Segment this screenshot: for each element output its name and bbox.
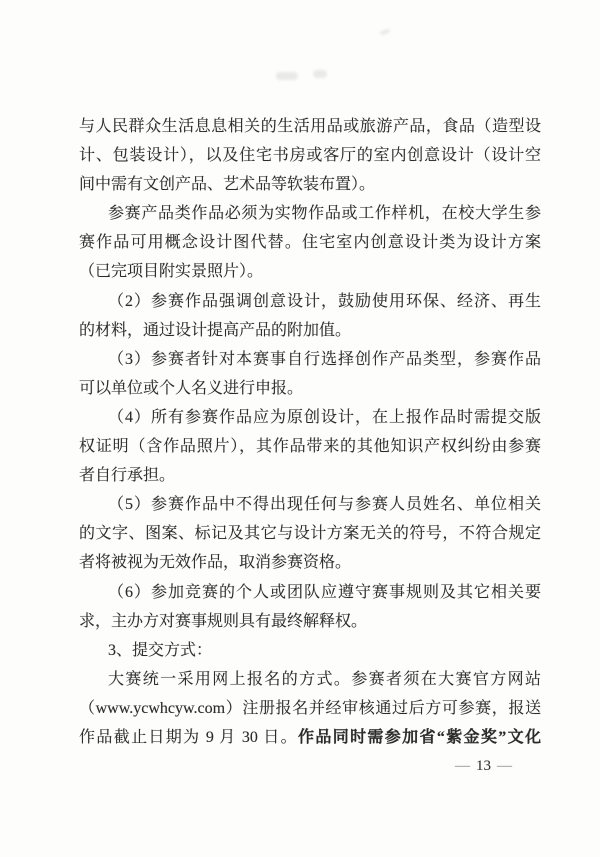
text-line: 者自行承担。: [79, 461, 541, 490]
footer-dash-left: —: [449, 758, 476, 774]
text-line: （3）参赛者针对本赛事自行选择创作产品类型，参赛作品: [79, 345, 541, 374]
text-line: （6）参加竞赛的个人或团队应遵守赛事规则及其它相关要: [79, 578, 541, 607]
text-line: 大赛统一采用网上报名的方式。参赛者须在大赛官方网站: [79, 665, 541, 694]
text-line: （4）所有参赛作品应为原创设计，在上报作品时需提交版: [79, 403, 541, 432]
text-line: 作品截止日期为 9 月 30 日。作品同时需参加省“紫金奖”文化: [79, 723, 541, 752]
text-run-bold: 作品同时需参加省“紫金奖”文化: [298, 729, 541, 746]
section-heading: 3、提交方式：: [79, 636, 541, 665]
document-page: 与人民群众生活息息相关的生活用品或旅游产品，食品（造型设 计、包装设计），以及住…: [0, 0, 600, 857]
text-line: 赛作品可用概念设计图代替。住宅室内创意设计类为设计方案: [79, 228, 541, 257]
text-line: 权证明（含作品照片），其作品带来的其他知识产权纠纷由参赛: [79, 432, 541, 461]
text-line: 计、包装设计），以及住宅书房或客厅的室内创意设计（设计空: [79, 141, 541, 170]
scan-artifact: [276, 72, 298, 80]
text-line: 的材料，通过设计提高产品的附加值。: [79, 316, 541, 345]
text-line: 参赛产品类作品必须为实物作品或工作样机，在校大学生参: [79, 199, 541, 228]
body-text: 与人民群众生活息息相关的生活用品或旅游产品，食品（造型设 计、包装设计），以及住…: [79, 112, 541, 752]
page-number: 13: [476, 758, 491, 774]
text-run: 作品截止日期为 9 月 30 日。: [79, 729, 298, 746]
text-line: 间中需有文创产品、艺术品等软装布置）。: [79, 170, 541, 199]
page-footer: —13—: [449, 755, 518, 777]
footer-dash-right: —: [491, 758, 518, 774]
text-line: 求，主办方对赛事规则具有最终解释权。: [79, 607, 541, 636]
text-line: 与人民群众生活息息相关的生活用品或旅游产品，食品（造型设: [79, 112, 541, 141]
text-line: 者将被视为无效作品，取消参赛资格。: [79, 548, 541, 577]
text-line: （5）参赛作品中不得出现任何与参赛人员姓名、单位相关: [79, 490, 541, 519]
text-line: 可以单位或个人名义进行申报。: [79, 374, 541, 403]
text-line: （www.ycwhcyw.com）注册报名并经审核通过后方可参赛，报送: [79, 694, 541, 723]
text-line: （2）参赛作品强调创意设计，鼓励使用环保、经济、再生: [79, 287, 541, 316]
text-line: （已完项目附实景照片）。: [79, 257, 541, 286]
scan-artifact: [380, 28, 391, 35]
text-line: 的文字、图案、标记及其它与设计方案无关的符号，不符合规定: [79, 519, 541, 548]
scan-artifact: [313, 70, 327, 78]
